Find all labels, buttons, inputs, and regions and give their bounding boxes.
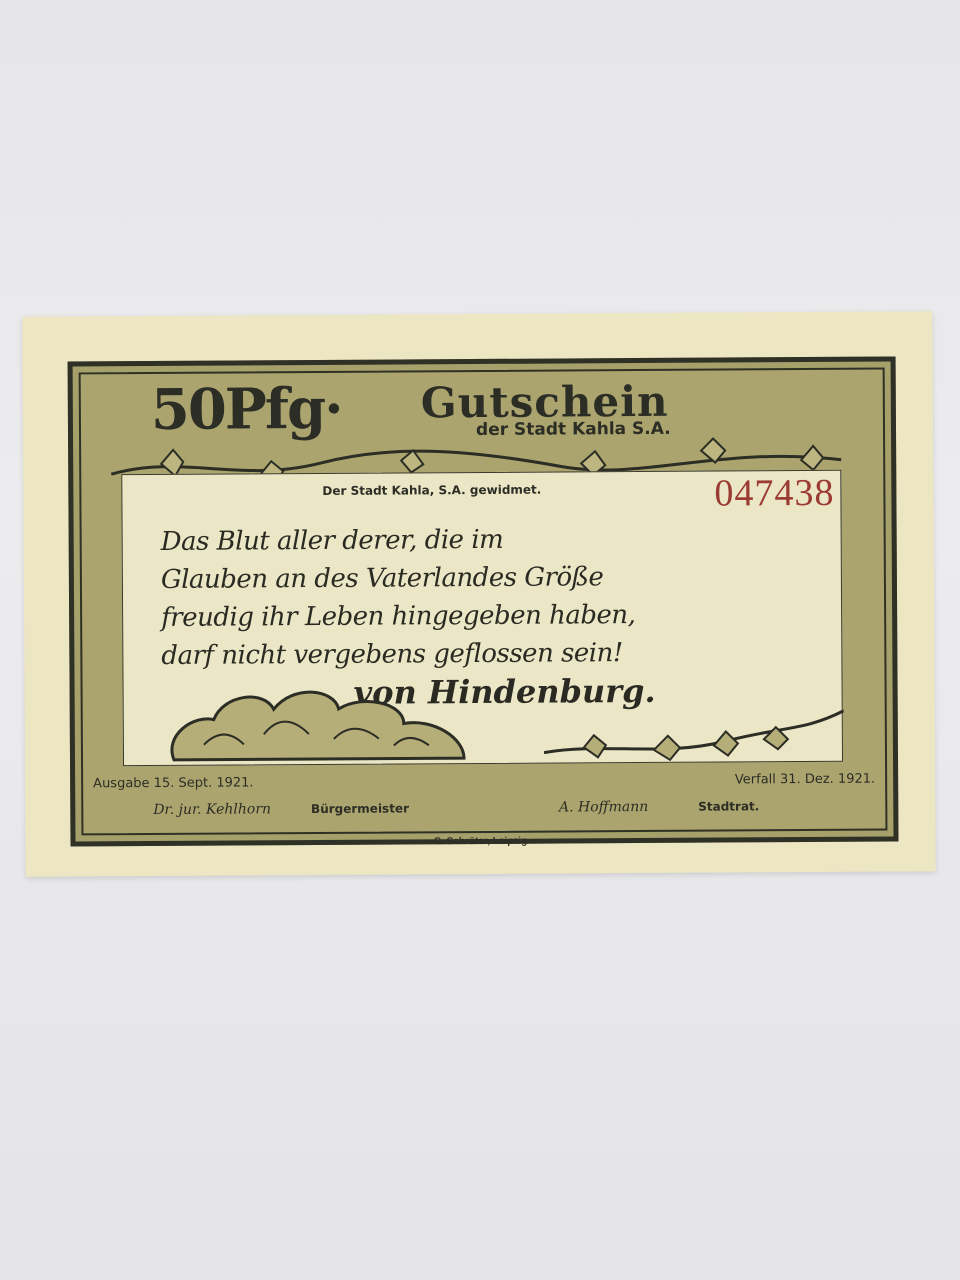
signature-councillor: A. Hoffmann xyxy=(559,799,648,816)
ivy-leaves-decoration-icon xyxy=(544,701,844,763)
quote-line: Glauben an des Vaterlandes Größe xyxy=(161,557,831,599)
role-mayor: Bürgermeister xyxy=(311,801,409,816)
dedication: Der Stadt Kahla, S.A. gewidmet. xyxy=(322,483,541,498)
expiry-date: Verfall 31. Dez. 1921. xyxy=(735,772,875,788)
denomination: 50Pfg· xyxy=(151,381,342,438)
notgeld-banknote: 50Pfg· Gutschein der Stadt Kahla S.A. De… xyxy=(22,311,935,877)
signature-row: Dr. jur. Kehlhorn Bürgermeister A. Hoffm… xyxy=(153,798,855,818)
text-panel: Der Stadt Kahla, S.A. gewidmet. 047438 D… xyxy=(121,470,843,766)
serial-number: 047438 xyxy=(714,471,834,516)
quote-line: freudig ihr Leben hingegeben haben, xyxy=(161,595,831,637)
oak-bush-illustration-icon xyxy=(163,673,474,765)
date-row: Ausgabe 15. Sept. 1921. Verfall 31. Dez.… xyxy=(93,772,875,792)
handwritten-quote: Das Blut aller derer, die im Glauben an … xyxy=(161,519,832,675)
title: Gutschein xyxy=(421,381,669,425)
quote-line: Das Blut aller derer, die im xyxy=(161,519,831,561)
issue-date: Ausgabe 15. Sept. 1921. xyxy=(93,775,253,791)
role-councillor: Stadtrat. xyxy=(698,799,759,813)
inner-frame: 50Pfg· Gutschein der Stadt Kahla S.A. De… xyxy=(79,368,888,836)
quote-line: darf nicht vergebens geflossen sein! xyxy=(161,633,831,675)
outer-frame: 50Pfg· Gutschein der Stadt Kahla S.A. De… xyxy=(68,356,899,846)
signature-mayor: Dr. jur. Kehlhorn xyxy=(153,801,271,818)
